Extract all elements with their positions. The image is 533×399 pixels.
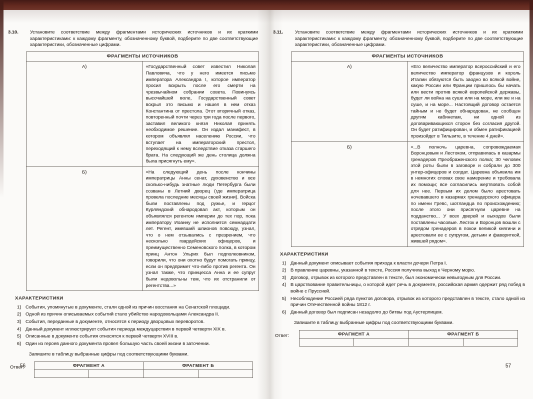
characteristic-text: Договор, отрывок из которого представлен… [291, 274, 526, 280]
answer-cell [34, 370, 89, 378]
characteristic-text: События, упомянутые в документе, стали о… [26, 304, 261, 310]
characteristic-text: Один из героев данного документа провел … [26, 340, 261, 346]
characteristic-item: 2) Одной из причин описываемых событий с… [17, 311, 260, 317]
fragments-title-row: ФРАГМЕНТЫ ИСТОЧНИКОВ [26, 52, 259, 62]
answer-header-row: ФРАГМЕНТ А ФРАГМЕНТ Б [299, 330, 518, 338]
characteristic-item: 5) Описанные в документе события относят… [17, 333, 260, 339]
page-number: 56 [20, 364, 26, 370]
characteristic-number: 3) [282, 274, 291, 280]
characteristic-number: 2) [282, 267, 291, 273]
task-header: 3.10. Установите соответствие между фраг… [7, 29, 258, 48]
characteristics-title: ХАРАКТЕРИСТИКИ [15, 296, 261, 302]
fragment-a-label: А) [26, 61, 142, 166]
fragment-a-text: «Государственный совет известил Николая … [143, 61, 259, 166]
characteristic-text: В правление царевны, указанной в тексте,… [291, 267, 526, 273]
answer-col-b-header: ФРАГМЕНТ Б [409, 330, 518, 338]
task-intro-text: Установите соответствие между фрагментам… [30, 29, 258, 48]
fragment-row-a: А) «Государственный совет известил Никол… [26, 61, 259, 166]
answer-table: ФРАГМЕНТ А ФРАГМЕНТ Б [34, 361, 253, 378]
fragment-b-text: «...В полночь царевна, сопровождаемая Во… [408, 142, 524, 247]
task-header: 3.11. Установите соответствие между фраг… [272, 29, 523, 48]
characteristic-text: События, переданные в документе, относят… [26, 318, 261, 324]
task-number: 3.11. [272, 29, 295, 48]
answer-cell [299, 338, 354, 346]
characteristic-item: 4) В царствование правительницы, о котор… [282, 282, 525, 295]
characteristic-text: Данный документ описывает события приход… [291, 260, 526, 266]
page-left: 3.10. Установите соответствие между фраг… [7, 10, 261, 399]
answer-table: ФРАГМЕНТ А ФРАГМЕНТ Б [299, 330, 518, 347]
fragment-b-label: Б) [26, 167, 142, 291]
page-number: 57 [505, 364, 511, 370]
answer-section: Ответ: ФРАГМЕНТ А ФРАГМЕНТ Б [10, 361, 261, 378]
fragments-table: ФРАГМЕНТЫ ИСТОЧНИКОВ А) «Государственный… [26, 51, 259, 291]
fragment-row-b: Б) «...В полночь царевна, сопровождаемая… [291, 142, 524, 247]
characteristic-item: 1) События, упомянутые в документе, стал… [17, 304, 260, 310]
answer-cell [144, 370, 199, 378]
characteristic-item: 3) Договор, отрывок из которого представ… [282, 274, 525, 280]
answer-cell [409, 338, 464, 346]
fragment-row-b: Б) «На следующий день после кончины импе… [26, 167, 259, 291]
fragment-b-label: Б) [291, 142, 407, 247]
book-spread: 3.10. Установите соответствие между фраг… [0, 0, 533, 399]
characteristic-text: Описанные в документе события относятся … [26, 333, 261, 339]
characteristic-item: 4) Данный документ иллюстрирует события … [17, 326, 260, 332]
answer-col-b-header: ФРАГМЕНТ Б [144, 362, 253, 370]
answer-section: Ответ: ФРАГМЕНТ А ФРАГМЕНТ Б [275, 330, 526, 347]
fragment-b-text: «На следующий день после кончины императ… [143, 167, 259, 291]
answer-cell [198, 370, 253, 378]
characteristic-number: 1) [17, 304, 26, 310]
characteristic-text: Данный документ иллюстрирует события пер… [26, 326, 261, 332]
answer-cell [354, 338, 409, 346]
characteristic-item: 1) Данный документ описывает события при… [282, 260, 525, 266]
characteristic-text: Несоблюдение Россией ряда пунктов догово… [291, 295, 526, 308]
fragment-row-a: А) «Его величество император всероссийск… [291, 61, 524, 141]
write-instruction: Запишите в таблицу выбранные цифры под с… [294, 320, 523, 326]
fragments-table: ФРАГМЕНТЫ ИСТОЧНИКОВ А) «Его величество … [291, 51, 524, 247]
characteristic-number: 2) [17, 311, 26, 317]
characteristic-number: 1) [282, 260, 291, 266]
characteristics-list: 1) События, упомянутые в документе, стал… [7, 304, 261, 347]
characteristic-number: 6) [282, 309, 291, 315]
answer-col-a-header: ФРАГМЕНТ А [299, 330, 408, 338]
characteristic-number: 5) [282, 295, 291, 308]
photo-top-border [0, 0, 533, 10]
characteristic-text: Одной из причин описываемых событий стал… [26, 311, 261, 317]
answer-cells-row [299, 338, 518, 346]
answer-cell [89, 370, 144, 378]
characteristic-number: 6) [17, 340, 26, 346]
characteristic-item: 2) В правление царевны, указанной в текс… [282, 267, 525, 273]
answer-col-a-header: ФРАГМЕНТ А [34, 362, 143, 370]
characteristic-text: Данный договор был подписан незадолго до… [291, 309, 526, 315]
characteristic-number: 4) [282, 282, 291, 295]
characteristics-list: 1) Данный документ описывает события при… [272, 260, 526, 315]
page-right: 3.11. Установите соответствие между фраг… [272, 10, 526, 399]
fragments-title-row: ФРАГМЕНТЫ ИСТОЧНИКОВ [291, 52, 524, 62]
characteristic-number: 5) [17, 333, 26, 339]
task-intro-text: Установите соответствие между фрагментам… [295, 29, 523, 48]
fragment-a-text: «Его величество император всероссийский … [408, 61, 524, 141]
answer-cells-row [34, 370, 253, 378]
answer-cell [463, 338, 518, 346]
characteristic-number: 3) [17, 318, 26, 324]
characteristic-item: 5) Несоблюдение Россией ряда пунктов дог… [282, 295, 525, 308]
characteristics-title: ХАРАКТЕРИСТИКИ [280, 252, 526, 258]
photo-right-border [530, 0, 533, 215]
answer-label: Ответ: [275, 330, 299, 347]
fragments-title: ФРАГМЕНТЫ ИСТОЧНИКОВ [291, 52, 524, 62]
characteristic-number: 4) [17, 326, 26, 332]
answer-header-row: ФРАГМЕНТ А ФРАГМЕНТ Б [34, 362, 253, 370]
characteristic-text: В царствование правительницы, о которой … [291, 282, 526, 295]
write-instruction: Запишите в таблицу выбранные цифры под с… [29, 351, 258, 357]
task-number: 3.10. [7, 29, 30, 48]
photo-left-border [0, 0, 4, 215]
fragment-a-label: А) [291, 61, 407, 141]
characteristic-item: 6) Данный договор был подписан незадолго… [282, 309, 525, 315]
book-photo: 3.10. Установите соответствие между фраг… [0, 0, 533, 399]
characteristic-item: 6) Один из героев данного документа пров… [17, 340, 260, 346]
fragments-title: ФРАГМЕНТЫ ИСТОЧНИКОВ [26, 52, 259, 62]
characteristic-item: 3) События, переданные в документе, отно… [17, 318, 260, 324]
